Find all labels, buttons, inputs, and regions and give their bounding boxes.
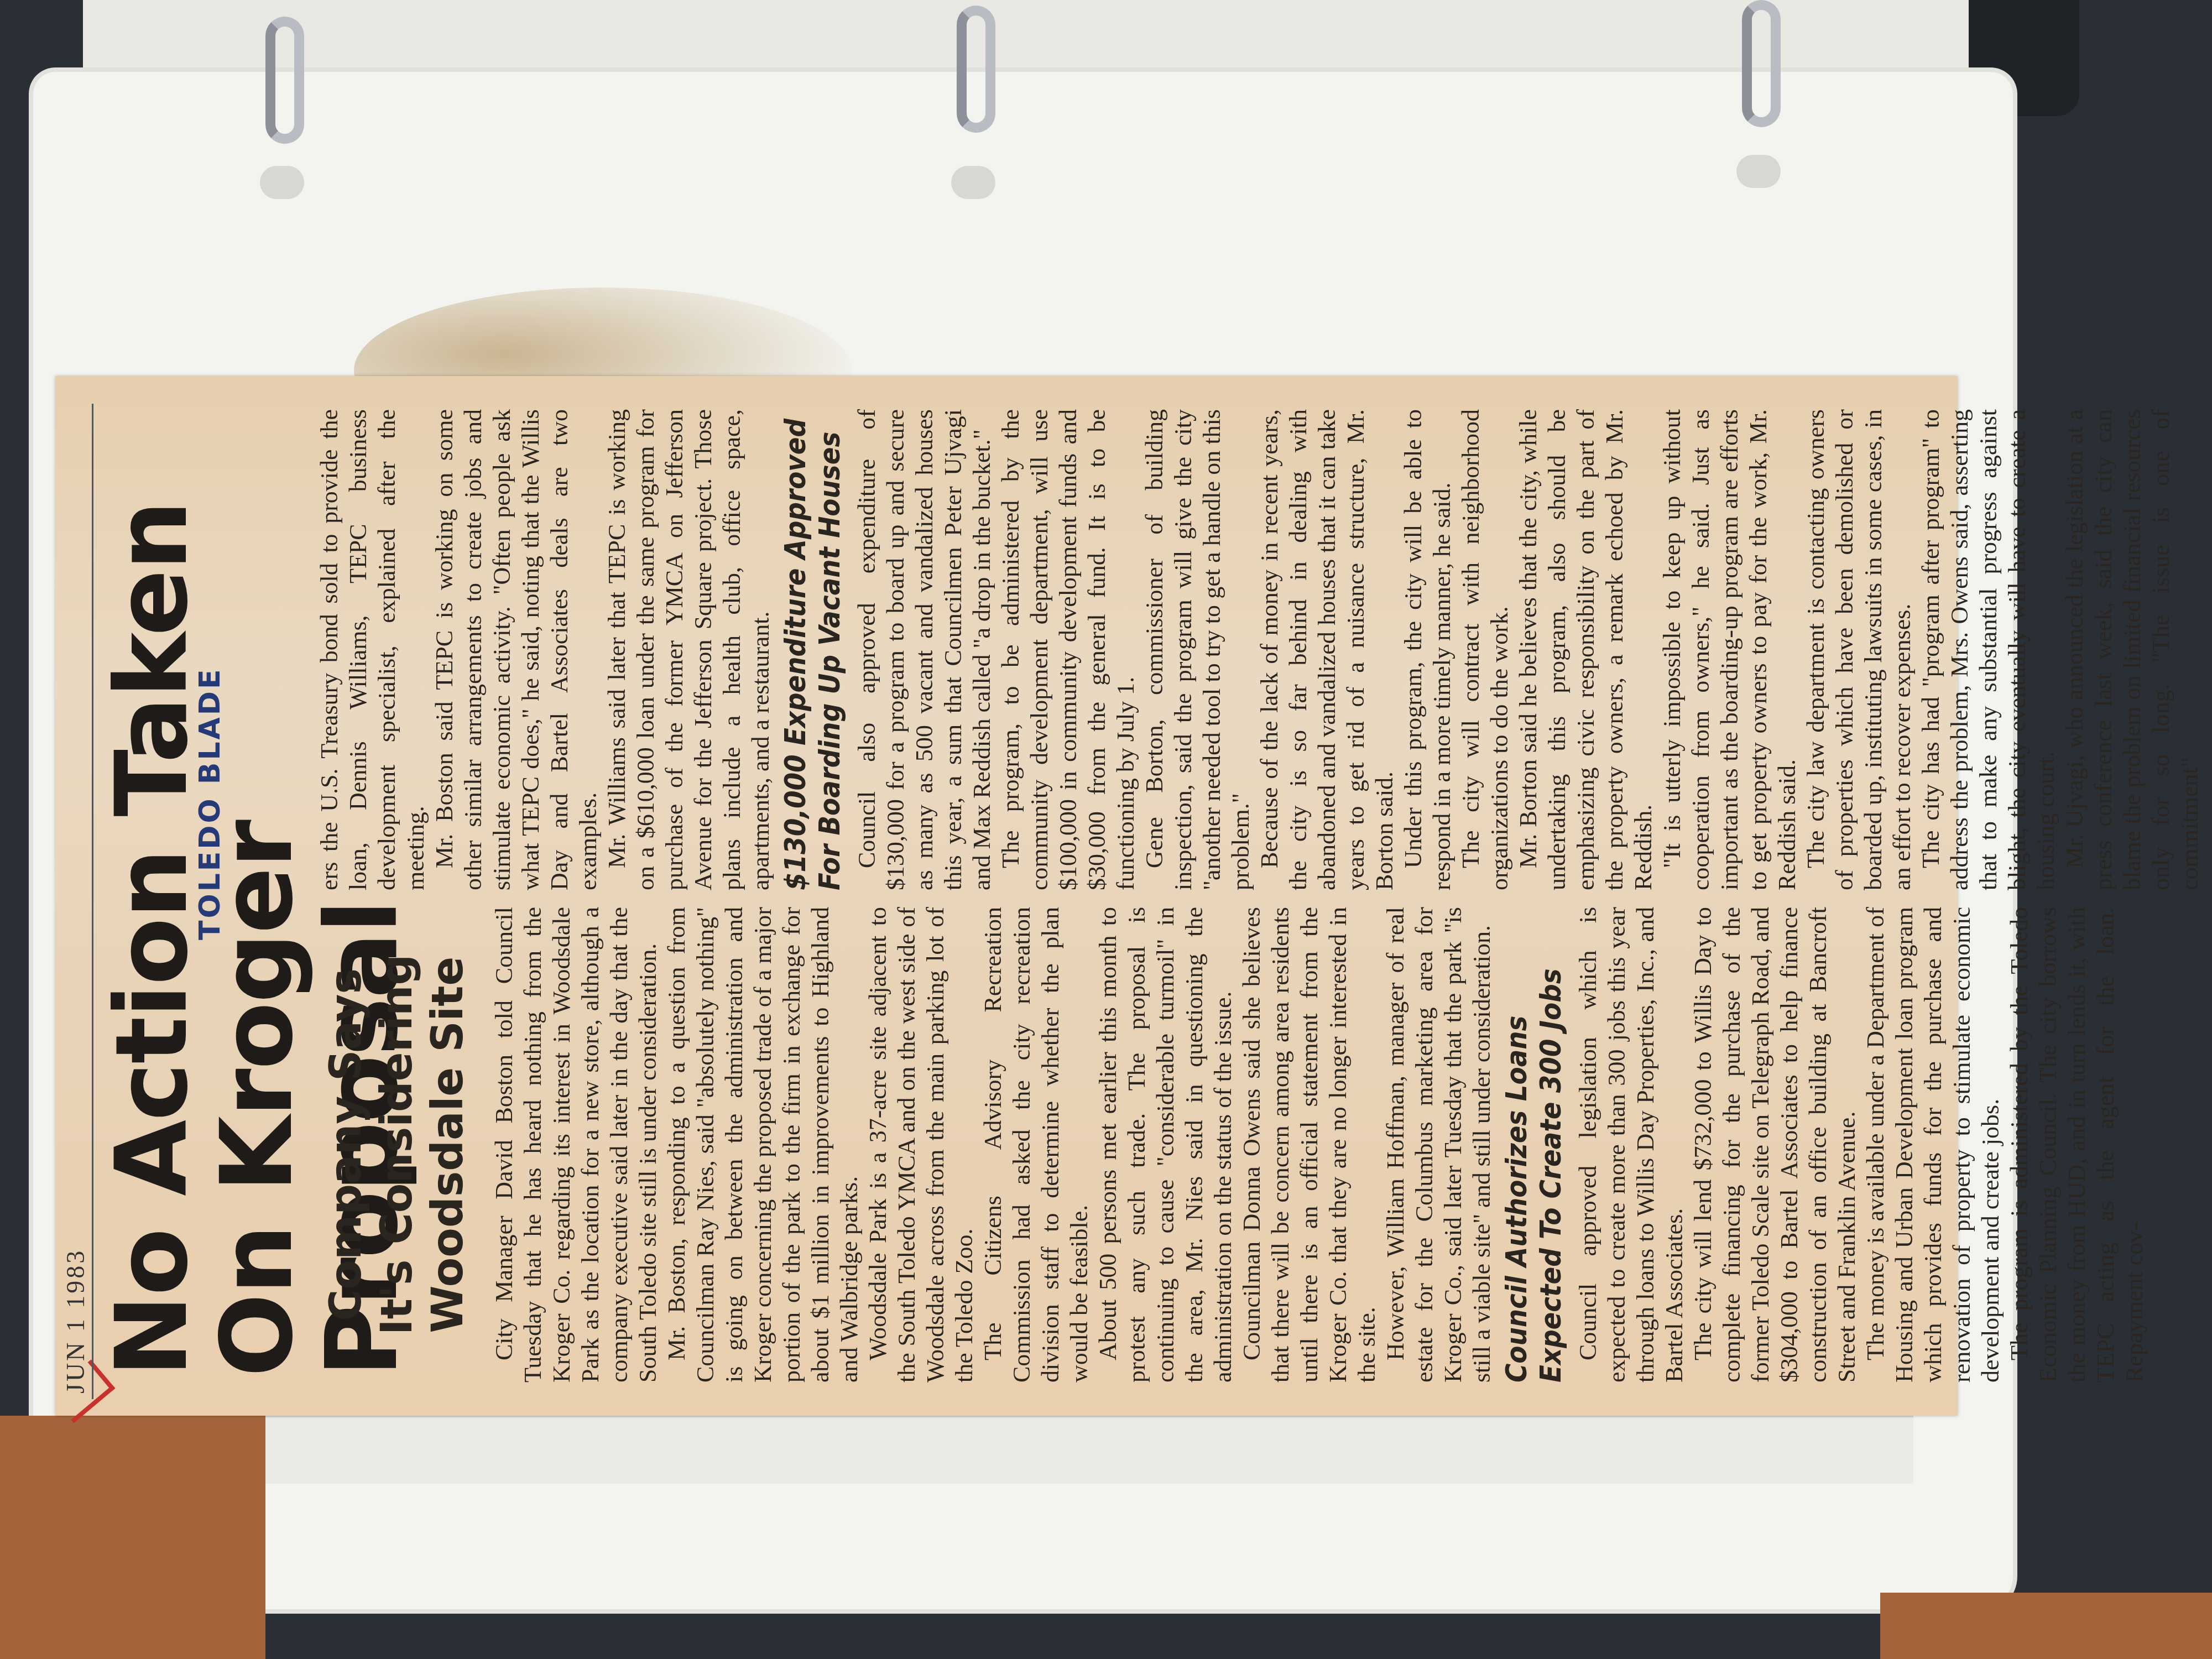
- paragraph: The program, to be administered by the c…: [997, 409, 1140, 890]
- paragraph: Councilman Donna Owens said she believes…: [1238, 907, 1381, 1383]
- paragraph: Woodsdale Park is a 37-acre site adjacen…: [864, 907, 979, 1383]
- desk-surface: [0, 1416, 265, 1659]
- clipping-paper: JUN 1 1983 No Action Taken On Kroger Pro…: [55, 376, 1958, 1416]
- paragraph: The money is available under a Departmen…: [1861, 907, 2005, 1383]
- paragraph: The city will contract with neighborhood…: [1457, 409, 1514, 890]
- subheadline-line-3: Woodsdale Site: [422, 907, 473, 1383]
- section-heading-loans: Council Authorizes Loans Expected To Cre…: [1500, 907, 1568, 1383]
- paragraph: Mr. Boston, responding to a question fro…: [662, 907, 864, 1383]
- right-column: ers the U.S. Treasury bond sold to provi…: [315, 409, 2204, 890]
- paragraph: Mr. Ujvagi, who announced the legislatio…: [2060, 409, 2204, 890]
- desk-surface-right: [1880, 1593, 2212, 1659]
- paragraph: Council approved legislation which is ex…: [1574, 907, 1689, 1383]
- paragraph: About 500 persons met earlier this month…: [1094, 907, 1238, 1383]
- subheadline-line-2: It's Considering: [372, 907, 422, 1383]
- subheadline: Company Says It's Considering Woodsdale …: [321, 907, 473, 1383]
- section-heading-boarding: $130,000 Expenditure Approved For Boardi…: [779, 409, 847, 890]
- section-heading-line-1: Council Authorizes Loans: [1500, 907, 1534, 1383]
- section-heading-line-2: Expected To Create 300 Jobs: [1534, 907, 1568, 1383]
- punch-hole: [1736, 155, 1781, 188]
- section-heading-line-1: $130,000 Expenditure Approved: [779, 409, 813, 890]
- date-rule: [92, 404, 93, 1399]
- subheadline-line-1: Company Says: [321, 907, 372, 1383]
- headline-line-1: No Action Taken: [100, 404, 205, 1377]
- binder-ring-icon: [265, 17, 304, 144]
- paragraph: Mr. Williams said later that TEPC is wor…: [603, 409, 775, 890]
- paragraph: Under this program, the city will be abl…: [1399, 409, 1457, 890]
- paragraph: The city law department is contacting ow…: [1802, 409, 1917, 890]
- paragraph: The program is administered by the Toled…: [2005, 907, 2149, 1383]
- left-column: Company Says It's Considering Woodsdale …: [315, 907, 2149, 1383]
- paragraph: ers the U.S. Treasury bond sold to provi…: [315, 409, 430, 890]
- paragraph: "It is utterly impossible to keep up wit…: [1658, 409, 1802, 890]
- paragraph: Gene Borton, commissioner of building in…: [1140, 409, 1255, 890]
- paragraph: City Manager David Boston told Council T…: [490, 907, 662, 1383]
- paragraph: The city has had "program after program"…: [1917, 409, 2060, 890]
- binder-ring-icon: [957, 6, 995, 133]
- binder-ring-icon: [1742, 0, 1781, 127]
- paragraph: The city will lend $732,000 to Willis Da…: [1689, 907, 1861, 1383]
- section-heading-line-2: For Boarding Up Vacant Houses: [813, 409, 847, 890]
- newspaper-clipping: JUN 1 1983 No Action Taken On Kroger Pro…: [55, 376, 1958, 1416]
- date-stamp: JUN 1 1983: [61, 1249, 90, 1394]
- punch-hole: [951, 166, 995, 199]
- paragraph: Because of the lack of money in recent y…: [1255, 409, 1399, 890]
- paragraph: Mr. Boston said TEPC is working on some …: [430, 409, 603, 890]
- paragraph: Council also approved expenditure of $13…: [853, 409, 997, 890]
- paragraph: The Citizens Advisory Recreation Commiss…: [979, 907, 1094, 1383]
- punch-hole: [260, 166, 304, 199]
- source-stamp: TOLEDO BLADE: [194, 667, 227, 940]
- paragraph: However, William Hoffman, manager of rea…: [1381, 907, 1496, 1383]
- paragraph: Mr. Borton said he believes that the cit…: [1514, 409, 1658, 890]
- page-stack-edge: [88, 1416, 1913, 1484]
